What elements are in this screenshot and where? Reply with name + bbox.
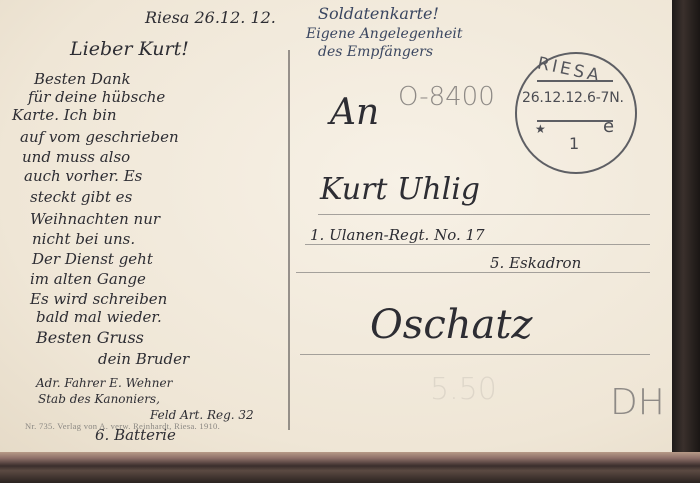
address-unit-1: 1. Ulanen-Regt. No. 17 bbox=[310, 226, 485, 244]
postmark: RIESA 26.12.12.6-7N. ★ e 1 bbox=[515, 52, 637, 174]
message-line: im alten Gange bbox=[30, 270, 146, 288]
postmark-number: 1 bbox=[569, 134, 579, 153]
message-line: Es wird schreiben bbox=[30, 290, 167, 308]
scan-edge-bottom bbox=[0, 452, 700, 483]
address-name: Kurt Uhlig bbox=[320, 172, 480, 207]
postcard-back: Riesa 26.12. 12. Lieber Kurt! Besten Dan… bbox=[0, 0, 672, 452]
postmark-bar bbox=[537, 112, 613, 122]
message-line: dein Bruder bbox=[98, 350, 189, 368]
postmark-district: e bbox=[603, 116, 614, 137]
pencil-dealer-mark: DH bbox=[610, 382, 665, 423]
vertical-divider bbox=[288, 50, 290, 430]
message-line: Besten Dank bbox=[34, 70, 131, 88]
message-line: auf vom geschrieben bbox=[20, 128, 179, 146]
address-prefix: An bbox=[330, 92, 379, 133]
scan-edge-right bbox=[672, 0, 700, 483]
message-line: Besten Gruss bbox=[36, 328, 144, 347]
postmark-date: 26.12.12.6-7N. bbox=[522, 90, 624, 106]
header-note-line: Soldatenkarte! bbox=[318, 4, 439, 23]
address-rule bbox=[318, 214, 650, 215]
header-note-line: Eigene Angelegenheit bbox=[306, 26, 463, 42]
star-icon: ★ bbox=[535, 122, 546, 136]
sender-line: Adr. Fahrer E. Wehner bbox=[36, 376, 172, 390]
message-line: bald mal wieder. bbox=[36, 308, 162, 326]
message-line: und muss also bbox=[22, 148, 130, 166]
address-rule bbox=[296, 272, 650, 273]
message-line: Karte. Ich bin bbox=[12, 106, 117, 124]
message-line: steckt gibt es bbox=[30, 188, 132, 206]
message-line: nicht bei uns. bbox=[32, 230, 135, 248]
message-line: auch vorher. Es bbox=[24, 167, 142, 185]
place-date: Riesa 26.12. 12. bbox=[145, 8, 276, 27]
address-city: Oschatz bbox=[370, 302, 532, 348]
sender-line: Feld Art. Reg. 32 bbox=[150, 408, 254, 422]
postmark-bar bbox=[537, 80, 613, 90]
address-rule bbox=[300, 354, 650, 355]
publisher-imprint: Nr. 735. Verlag von A. verw. Reinhardt, … bbox=[25, 421, 220, 431]
header-note-line: des Empfängers bbox=[318, 44, 433, 60]
message-line: für deine hübsche bbox=[28, 88, 165, 106]
message-line: Der Dienst geht bbox=[32, 250, 153, 268]
sender-line: Stab des Kanoniers, bbox=[38, 392, 160, 406]
pencil-postal-code: O-8400 bbox=[398, 82, 495, 112]
address-rule bbox=[305, 244, 650, 245]
message-line: Weihnachten nur bbox=[30, 210, 160, 228]
greeting: Lieber Kurt! bbox=[70, 38, 189, 60]
pencil-price: 5.50 bbox=[430, 372, 497, 407]
address-unit-2: 5. Eskadron bbox=[490, 254, 581, 272]
